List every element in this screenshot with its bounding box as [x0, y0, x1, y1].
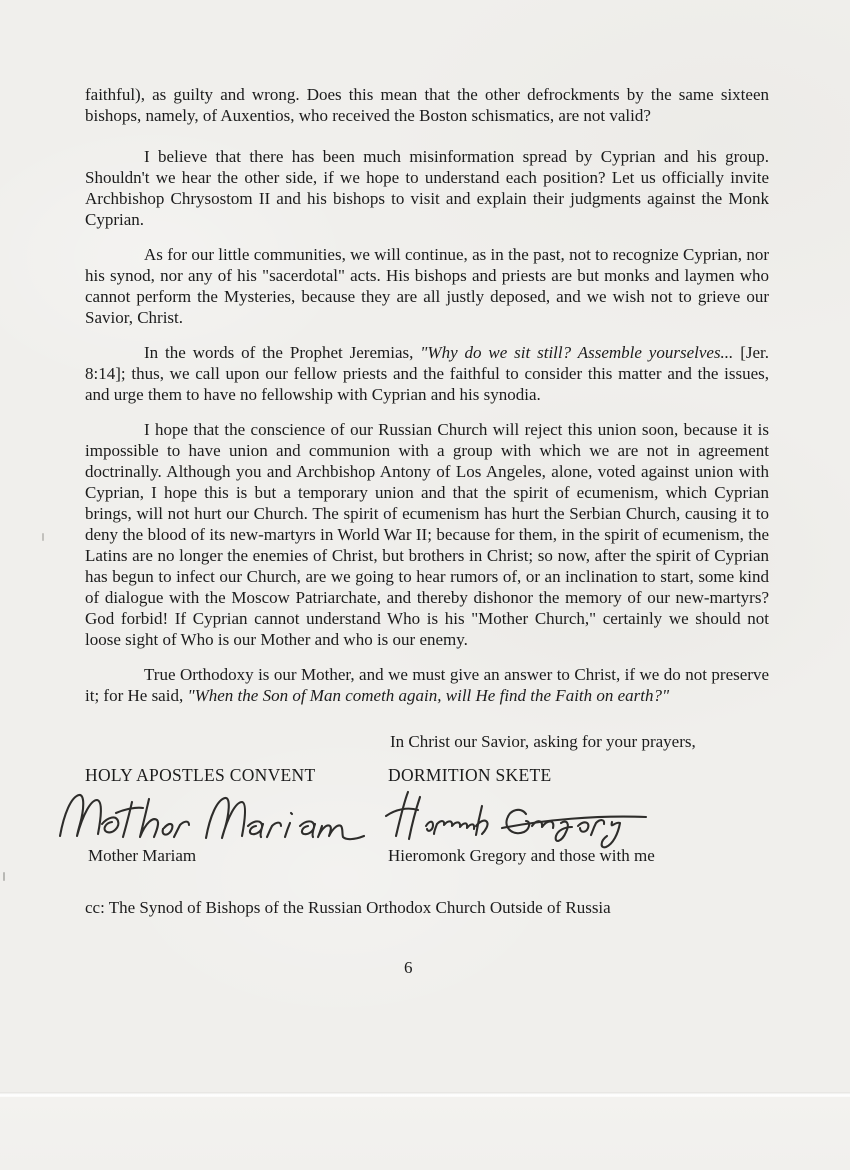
paragraph: As for our little communities, we will c…	[85, 244, 769, 328]
paragraph-text-run: I hope that the conscience of our Russia…	[85, 420, 769, 649]
mother-mariam-signature	[56, 788, 371, 850]
paragraph-text-run: In the words of the Prophet Jeremias,	[144, 343, 420, 362]
cc-line: cc: The Synod of Bishops of the Russian …	[85, 898, 611, 918]
letter-body: faithful), as guilty and wrong. Does thi…	[85, 84, 769, 720]
organization-name-right: DORMITION SKETE	[388, 765, 551, 786]
scan-speck	[3, 872, 5, 881]
organization-name-left: HOLY APOSTLES CONVENT	[85, 765, 315, 786]
scanner-background	[0, 1097, 850, 1170]
paragraph-text-run: I believe that there has been much misin…	[85, 147, 769, 229]
paragraph: I hope that the conscience of our Russia…	[85, 419, 769, 650]
paragraph: In the words of the Prophet Jeremias, "W…	[85, 342, 769, 405]
hieromonk-gregory-signature	[384, 786, 652, 852]
scan-speck	[42, 533, 44, 541]
paragraph-text-run: faithful), as guilty and wrong. Does thi…	[85, 85, 769, 125]
closing-salutation: In Christ our Savior, asking for your pr…	[390, 732, 696, 752]
printed-name-left: Mother Mariam	[88, 846, 196, 866]
paragraph-italic-run: "When the Son of Man cometh again, will …	[187, 686, 669, 705]
paragraph-italic-run: "Why do we sit still? Assemble yourselve…	[420, 343, 733, 362]
printed-name-right: Hieromonk Gregory and those with me	[388, 846, 655, 866]
paragraph: faithful), as guilty and wrong. Does thi…	[85, 84, 769, 126]
page-number: 6	[404, 958, 413, 978]
paragraph: True Orthodoxy is our Mother, and we mus…	[85, 664, 769, 706]
paragraph: I believe that there has been much misin…	[85, 146, 769, 230]
paragraph-text-run: As for our little communities, we will c…	[85, 245, 769, 327]
